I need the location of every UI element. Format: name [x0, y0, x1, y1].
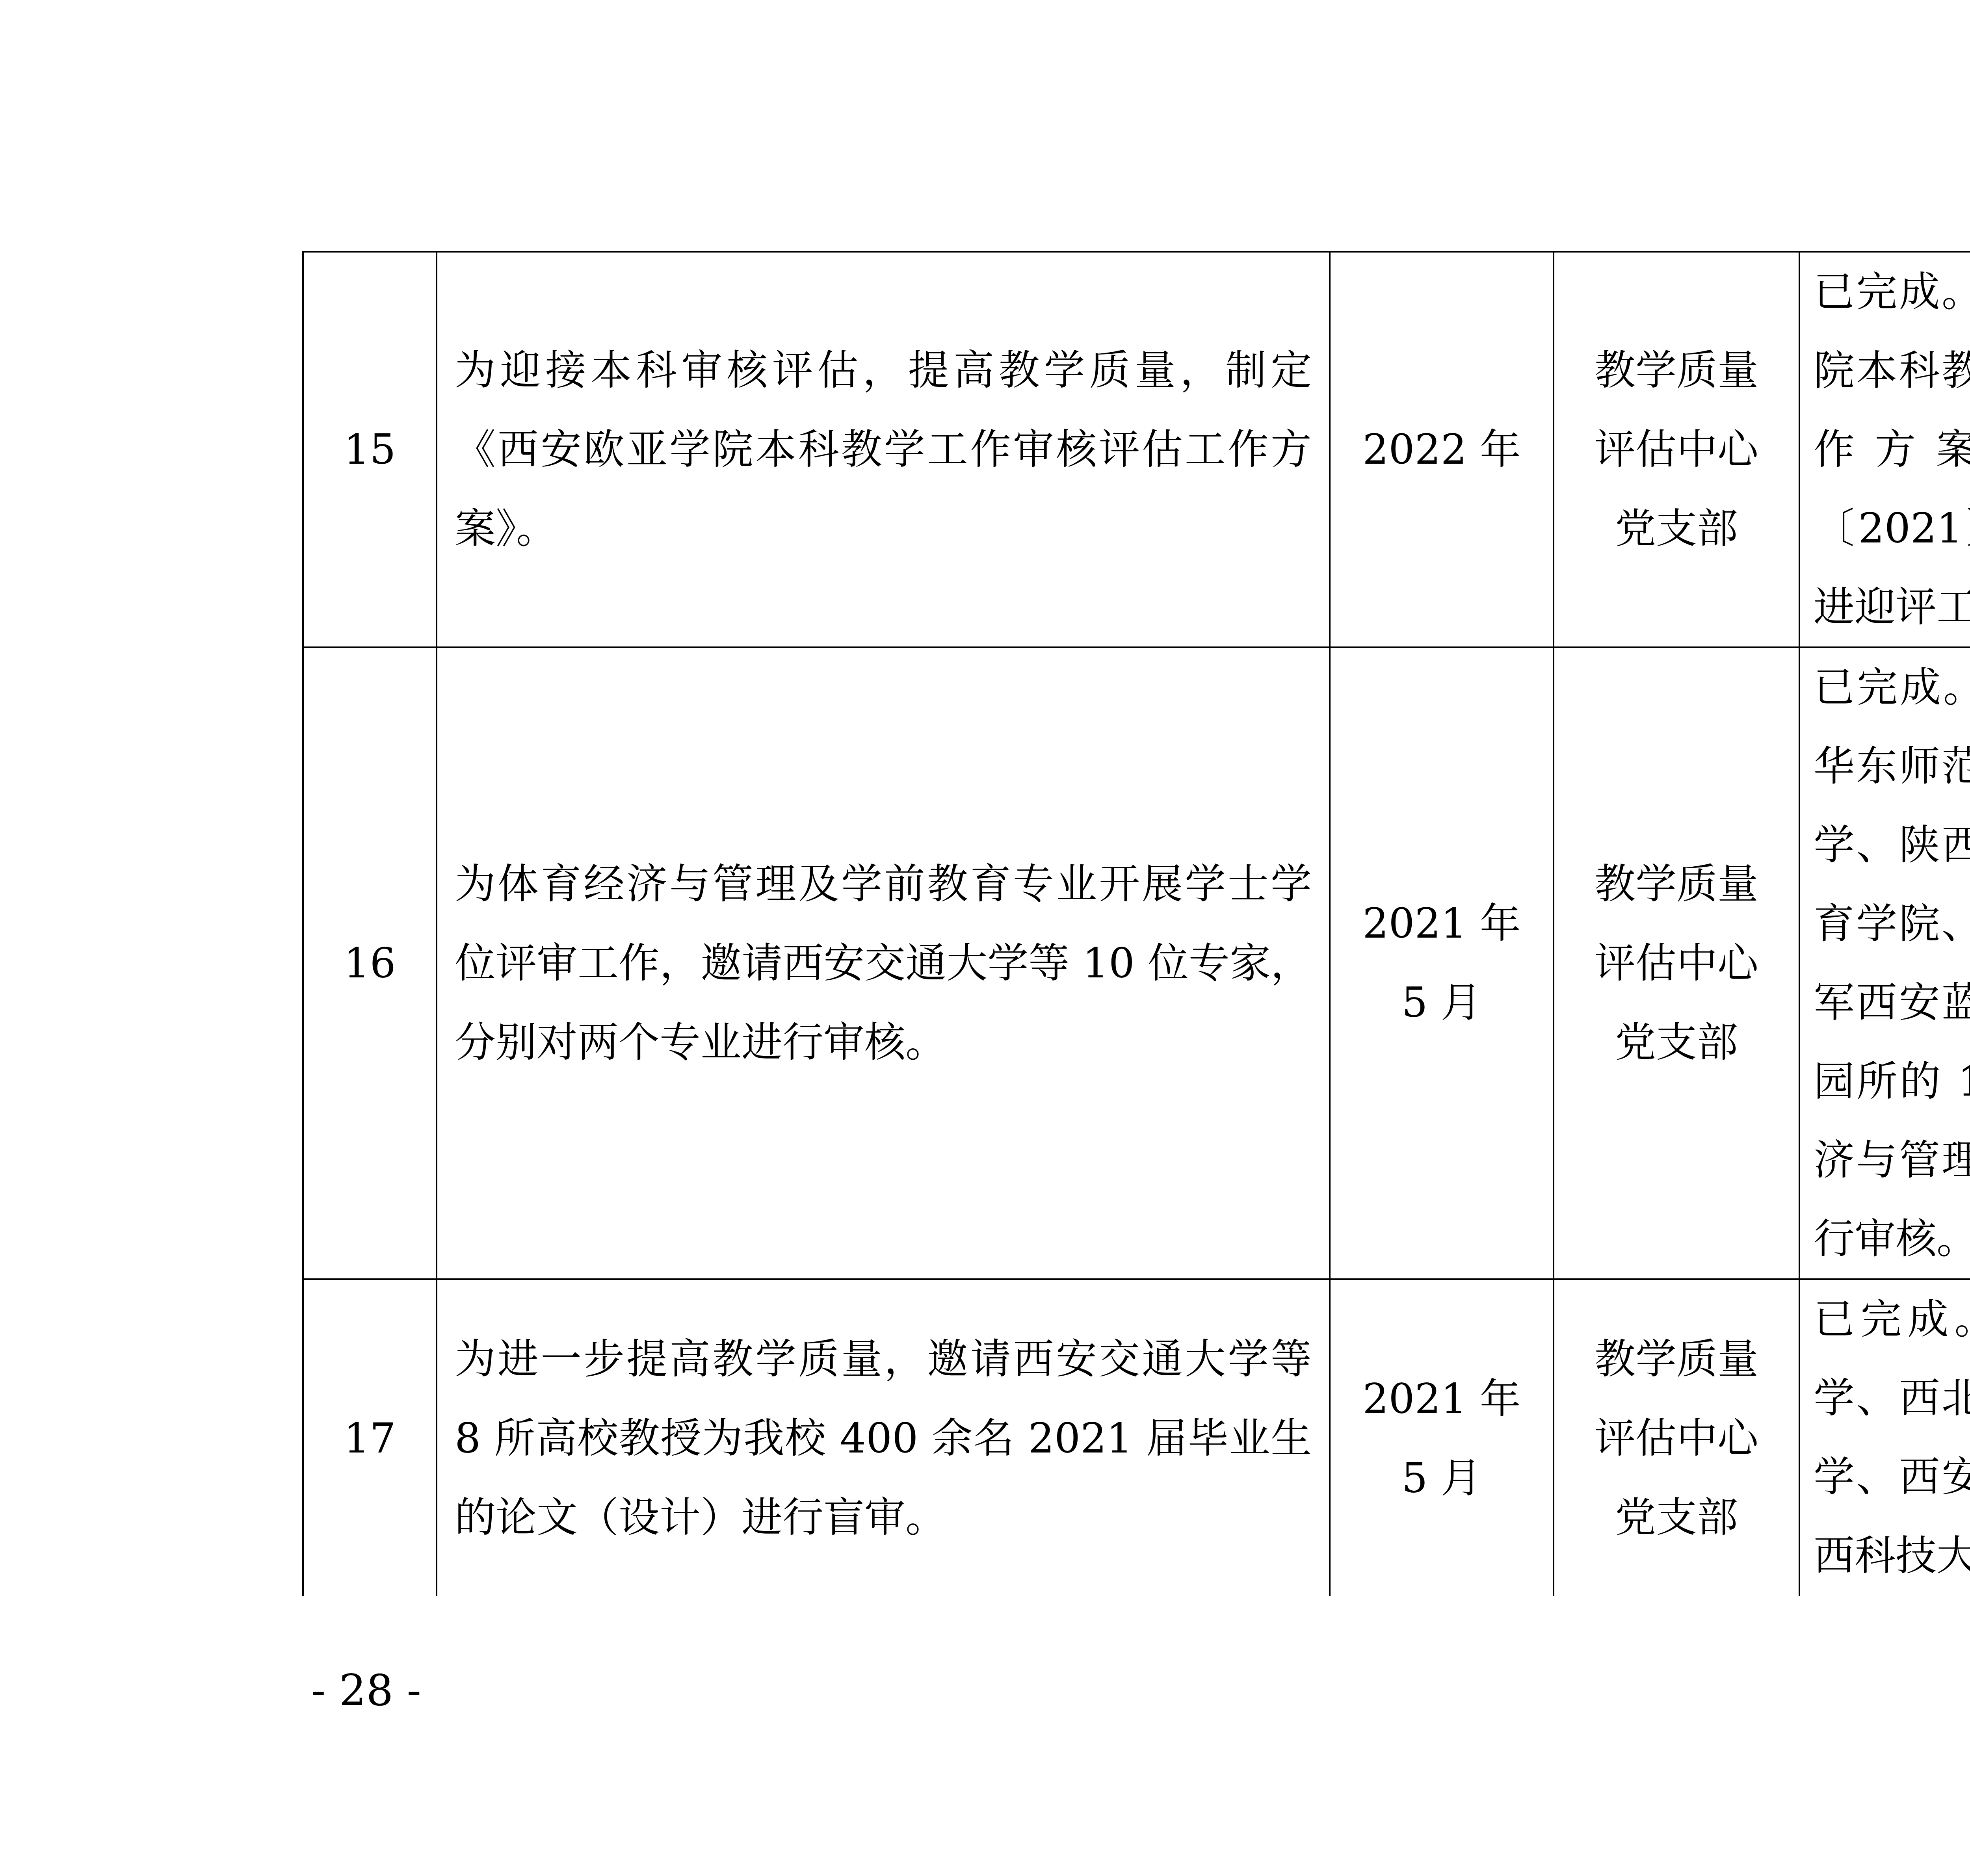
department-line: 评估中心 — [1570, 924, 1783, 1003]
row-number-cell: 16 — [303, 647, 437, 1279]
task-cell: 为体育经济与管理及学前教育专业开展学士学位评审工作，邀请西安交通大学等 10 位… — [437, 647, 1330, 1279]
row-number-cell: 17 — [303, 1279, 437, 1596]
department-cell: 教学质量 评估中心 党支部 — [1554, 1279, 1799, 1596]
time-line: 5 月 — [1362, 1439, 1521, 1518]
work-plan-table: 15 为迎接本科审核评估，提高教学质量，制定《西安欧亚学院本科教学工作审核评估工… — [302, 251, 1970, 1596]
time-cell: 2022 年 — [1330, 252, 1554, 647]
time-cell: 2021 年 5 月 — [1330, 1279, 1554, 1596]
department-line: 党支部 — [1570, 489, 1783, 568]
department-cell: 教学质量 评估中心 党支部 — [1554, 647, 1799, 1279]
time-cell: 2021 年 5 月 — [1330, 647, 1554, 1279]
row-number-cell: 15 — [303, 252, 437, 647]
table-row: 15 为迎接本科审核评估，提高教学质量，制定《西安欧亚学院本科教学工作审核评估工… — [303, 252, 1970, 647]
time-line: 2021 年 — [1331, 884, 1553, 963]
row-number: 17 — [344, 1399, 396, 1478]
time-line: 2022 年 — [1331, 410, 1553, 489]
row-number-wrap: 17 — [304, 1280, 436, 1596]
department-line: 党支部 — [1570, 1003, 1783, 1082]
department-line: 教学质量 — [1595, 1320, 1758, 1399]
work-plan-table-container: 15 为迎接本科审核评估，提高教学质量，制定《西安欧亚学院本科教学工作审核评估工… — [302, 251, 1970, 1596]
status-cell: 已完成。4 月 15 日，邀请华东师范大学、西安交通大学、陕西师范大学、西安体育… — [1799, 647, 1970, 1279]
document-page: 15 为迎接本科审核评估，提高教学质量，制定《西安欧亚学院本科教学工作审核评估工… — [0, 0, 1970, 1876]
department-line: 教学质量 — [1570, 845, 1783, 924]
time-wrap: 2021 年 5 月 — [1331, 1280, 1553, 1596]
department-line: 评估中心 — [1570, 410, 1783, 489]
page-number: - 28 - — [311, 1659, 421, 1722]
department-cell: 教学质量 评估中心 党支部 — [1554, 252, 1799, 647]
time-line: 2021 年 — [1362, 1360, 1521, 1439]
status-cell: 已完成。邀请西安交通大学、西北大学、陕西师范大学、西安建筑科技大学、陕西科技大学… — [1799, 1279, 1970, 1596]
department-line: 党支部 — [1595, 1478, 1758, 1557]
task-text: 为进一步提高教学质量，邀请西安交通大学等 8 所高校教授为我校 400 余名 2… — [455, 1320, 1312, 1557]
department-line: 教学质量 — [1570, 331, 1783, 410]
status-cell: 已完成。制定《西安欧亚学院本科教学工作审核评估工作方案》（西欧院字〔2021〕6… — [1799, 252, 1970, 647]
task-cell: 为进一步提高教学质量，邀请西安交通大学等 8 所高校教授为我校 400 余名 2… — [437, 1279, 1330, 1596]
time-line: 5 月 — [1331, 963, 1553, 1042]
task-cell: 为迎接本科审核评估，提高教学质量，制定《西安欧亚学院本科教学工作审核评估工作方案… — [437, 252, 1330, 647]
table-row: 16 为体育经济与管理及学前教育专业开展学士学位评审工作，邀请西安交通大学等 1… — [303, 647, 1970, 1279]
department-line: 评估中心 — [1595, 1399, 1758, 1478]
department-wrap: 教学质量 评估中心 党支部 — [1570, 1280, 1783, 1596]
task-wrap: 为进一步提高教学质量，邀请西安交通大学等 8 所高校教授为我校 400 余名 2… — [455, 1280, 1312, 1596]
table-row: 17 为进一步提高教学质量，邀请西安交通大学等 8 所高校教授为我校 400 余… — [303, 1279, 1970, 1596]
